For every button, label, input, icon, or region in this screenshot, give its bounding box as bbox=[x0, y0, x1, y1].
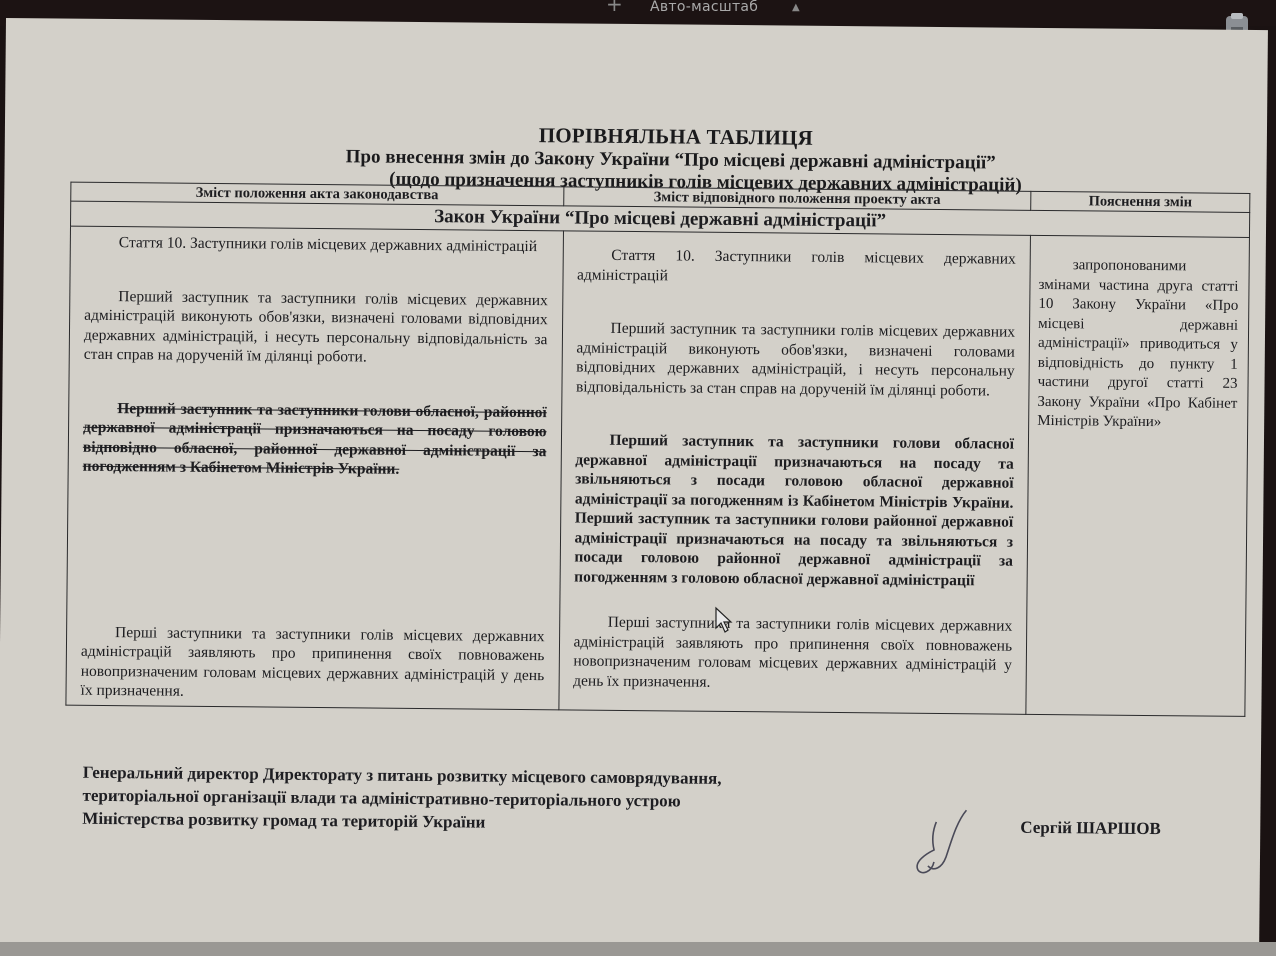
proposed-law-cell: Стаття 10. Заступники голів місцевих дер… bbox=[558, 231, 1030, 714]
viewer-bottom-edge bbox=[0, 942, 1276, 956]
comparison-table: Зміст положення акта законодавства Зміст… bbox=[65, 182, 1250, 717]
zoom-select[interactable]: Авто-масштаб bbox=[650, 0, 758, 15]
proposed-paragraph-1: Перший заступник та заступники голів міс… bbox=[576, 318, 1015, 400]
proposed-article-heading: Стаття 10. Заступники голів місцевих дер… bbox=[577, 245, 1016, 288]
signatory-name: Сергій ШАРШОВ bbox=[1020, 818, 1161, 839]
table-row: Стаття 10. Заступники голів місцевих дер… bbox=[66, 226, 1250, 716]
explanation-cell: запропонованими змінами частина друга ст… bbox=[1026, 235, 1250, 716]
current-article-heading: Стаття 10. Заступники голів місцевих дер… bbox=[85, 233, 549, 257]
select-arrows-icon[interactable]: ▲ bbox=[792, 2, 800, 13]
current-paragraph-2-struck: Перший заступник та заступники голови об… bbox=[83, 398, 547, 480]
header-explanation: Пояснення змін bbox=[1031, 191, 1250, 212]
proposed-paragraph-3: Перші заступники та заступники голів міс… bbox=[573, 612, 1012, 694]
signature-block: Генеральний директор Директорату з питан… bbox=[82, 761, 721, 836]
handwritten-signature-icon bbox=[906, 802, 987, 883]
current-paragraph-1: Перший заступник та заступники голів міс… bbox=[84, 286, 548, 368]
zoom-in-icon[interactable]: + bbox=[606, 0, 623, 16]
document-page: ПОРІВНЯЛЬНА ТАБЛИЦЯ Про внесення змін до… bbox=[0, 18, 1268, 954]
mouse-pointer-icon bbox=[714, 606, 734, 634]
current-paragraph-3: Перші заступники та заступники голів міс… bbox=[80, 622, 544, 704]
explanation-text: запропонованими змінами частина друга ст… bbox=[1037, 256, 1239, 433]
current-law-cell: Стаття 10. Заступники голів місцевих дер… bbox=[66, 226, 563, 709]
proposed-paragraph-2-new: Перший заступник та заступники голови об… bbox=[574, 430, 1014, 590]
